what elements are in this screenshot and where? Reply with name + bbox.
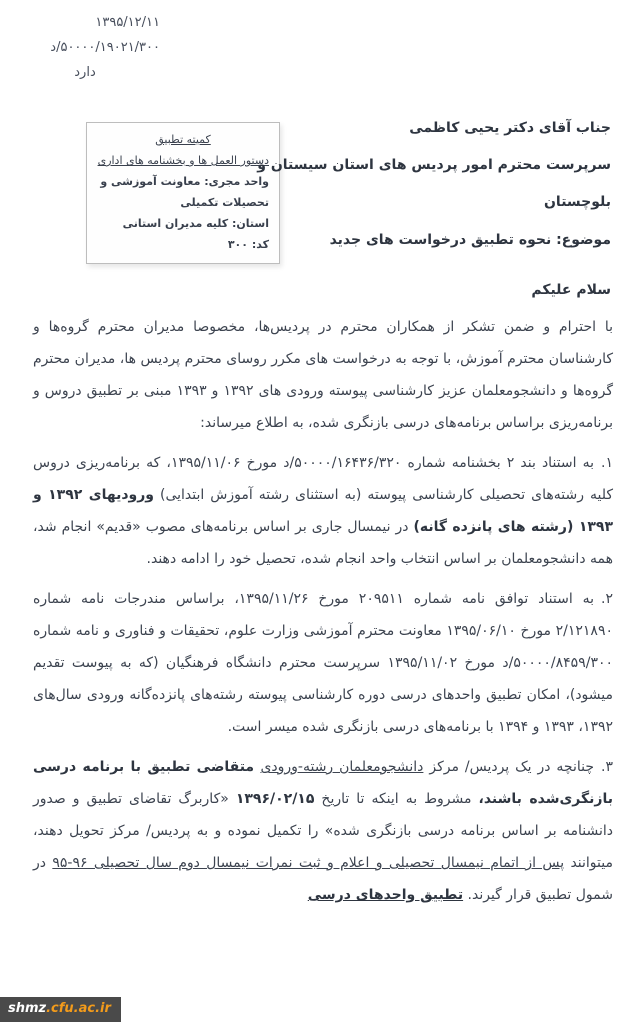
list-item: ۳.چنانچه در یک پردیس/ مرکز دانشجومعلمان … <box>33 751 613 911</box>
recipient-block: جناب آقای دکتر یحیی کاظمی سرپرست محترم ا… <box>240 110 611 221</box>
site-watermark-badge: shmz.cfu.ac.ir <box>0 997 121 1022</box>
item-text: به استناد بند ۲ بخشنامه شماره ۵۰۰۰۰/۱۶۴۳… <box>33 455 613 567</box>
list-item: ۲.به استناد توافق نامه شماره ۲۰۹۵۱۱ مورخ… <box>33 583 613 743</box>
stamp-province-value: کلیه مدیران استانی <box>123 217 228 230</box>
intro-paragraph: با احترام و ضمن تشکر از همکاران محترم در… <box>33 311 613 439</box>
item-text: به استناد توافق نامه شماره ۲۰۹۵۱۱ مورخ ۱… <box>33 591 613 735</box>
scanned-letter-page: ۱۳۹۵/۱۲/۱۱ ۵۰۰۰۰/۱۹۰۲۱/۳۰۰/د دارد کمیته … <box>0 0 643 1024</box>
salutation-line: سلام علیکم <box>531 282 611 298</box>
letter-body: با احترام و ضمن تشکر از همکاران محترم در… <box>33 311 613 911</box>
subject-line: موضوع: نحوه تطبیق درخواست های جدید <box>330 232 611 248</box>
letter-meta-block: ۱۳۹۵/۱۲/۱۱ ۵۰۰۰۰/۱۹۰۲۱/۳۰۰/د دارد <box>10 10 160 85</box>
stamp-code-line: کد: ۳۰۰ <box>97 234 269 255</box>
item-text: چنانچه در یک پردیس/ مرکز دانشجومعلمان رش… <box>33 759 613 903</box>
letter-attachment-indicator: دارد <box>10 60 160 85</box>
recipient-title: سرپرست محترم امور پردیس های استان سیستان… <box>240 147 611 221</box>
list-item: ۱.به استناد بند ۲ بخشنامه شماره ۵۰۰۰۰/۱۶… <box>33 447 613 575</box>
item-number: ۱. <box>601 455 613 471</box>
watermark-suffix: .cfu.ac.ir <box>46 1001 111 1016</box>
stamp-code-label: کد: <box>252 238 269 251</box>
item-number: ۲. <box>601 591 613 607</box>
recipient-name: جناب آقای دکتر یحیی کاظمی <box>240 110 611 147</box>
letter-date: ۱۳۹۵/۱۲/۱۱ <box>10 10 160 35</box>
item-number: ۳. <box>601 759 613 775</box>
watermark-prefix: shmz <box>8 1001 46 1016</box>
letter-number: ۵۰۰۰۰/۱۹۰۲۱/۳۰۰/د <box>10 35 160 60</box>
stamp-code-value: ۳۰۰ <box>228 238 248 251</box>
